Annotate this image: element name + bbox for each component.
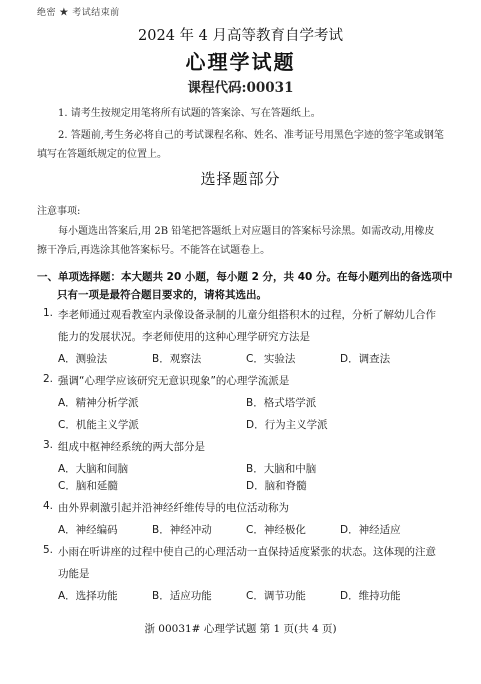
question-text-cont: 功能是 xyxy=(58,566,90,581)
option-d: D．维持功能 xyxy=(340,588,401,603)
notes-line-1: 每小题选出答案后,用 2B 铅笔把答题纸上对应题目的答案标号涂黑。如需改动,用橡… xyxy=(58,222,434,237)
question-number: 4. xyxy=(43,500,53,512)
option-c: C．机能主义学派 xyxy=(58,417,139,432)
question-text: 由外界刺激引起并沿神经纤维传导的电位活动称为 xyxy=(58,500,289,515)
option-c: C．神经极化 xyxy=(246,522,306,537)
option-c: C．脑和延髓 xyxy=(58,478,118,493)
page-footer: 浙 00031# 心理学试题 第 1 页(共 4 页) xyxy=(0,621,481,636)
question-text: 组成中枢神经系统的两大部分是 xyxy=(58,439,205,454)
option-a: A．选择功能 xyxy=(58,588,118,603)
option-b: B．神经冲动 xyxy=(152,522,212,537)
question-number: 1. xyxy=(43,307,53,319)
question-number: 5. xyxy=(43,544,53,556)
notes-line-2: 擦干净后,再选涂其他答案标号。不能答在试题卷上。 xyxy=(37,241,270,256)
option-b: B．适应功能 xyxy=(152,588,212,603)
question-number: 2. xyxy=(43,373,53,385)
option-b: B．格式塔学派 xyxy=(246,395,316,410)
option-a: A．精神分析学派 xyxy=(58,395,139,410)
part-one-heading: 一、单项选择题：本大题共 20 小题，每小题 2 分，共 40 分。在每小题列出… xyxy=(37,269,452,284)
exam-title: 2024 年 4 月高等教育自学考试 xyxy=(0,24,481,45)
option-b: B．大脑和中脑 xyxy=(246,461,316,476)
option-b: B．观察法 xyxy=(152,351,201,366)
question-text-cont: 能力的发展状况。李老师使用的这种心理学研究方法是 xyxy=(58,329,310,344)
option-c: C．调节功能 xyxy=(246,588,306,603)
question-number: 3. xyxy=(43,439,53,451)
question-text: 小雨在听讲座的过程中使自己的心理活动一直保持适度紧张的状态。这体现的注意 xyxy=(58,544,436,559)
secret-mark: 绝密 ★ 考试结束前 xyxy=(37,5,120,18)
notes-label: 注意事项: xyxy=(37,202,80,217)
course-code: 课程代码:00031 xyxy=(0,76,481,96)
option-a: A．大脑和间脑 xyxy=(58,461,128,476)
option-d: D．行为主义学派 xyxy=(246,417,328,432)
option-a: A．测验法 xyxy=(58,351,107,366)
option-d: D．调查法 xyxy=(340,351,390,366)
instruction-2-cont: 填写在答题纸规定的位置上。 xyxy=(37,145,167,160)
instruction-1: 1. 请考生按规定用笔将所有试题的答案涂、写在答题纸上。 xyxy=(58,104,321,119)
section-title: 选择题部分 xyxy=(0,168,481,189)
question-text: 强调“心理学应该研究无意识现象”的心理学流派是 xyxy=(58,373,289,388)
subject-title: 心理学试题 xyxy=(0,46,481,75)
option-a: A．神经编码 xyxy=(58,522,118,537)
option-d: D．神经适应 xyxy=(340,522,401,537)
option-d: D．脑和脊髓 xyxy=(246,478,307,493)
option-c: C．实验法 xyxy=(246,351,295,366)
question-text: 李老师通过观看教室内录像设备录制的儿童分组搭积木的过程，分析了解幼儿合作 xyxy=(58,307,436,322)
part-one-heading-cont: 只有一项是最符合题目要求的，请将其选出。 xyxy=(57,287,267,302)
instruction-2: 2. 答题前,考生务必将自己的考试课程名称、姓名、准考证号用黑色字迹的签字笔或钢… xyxy=(58,126,444,141)
